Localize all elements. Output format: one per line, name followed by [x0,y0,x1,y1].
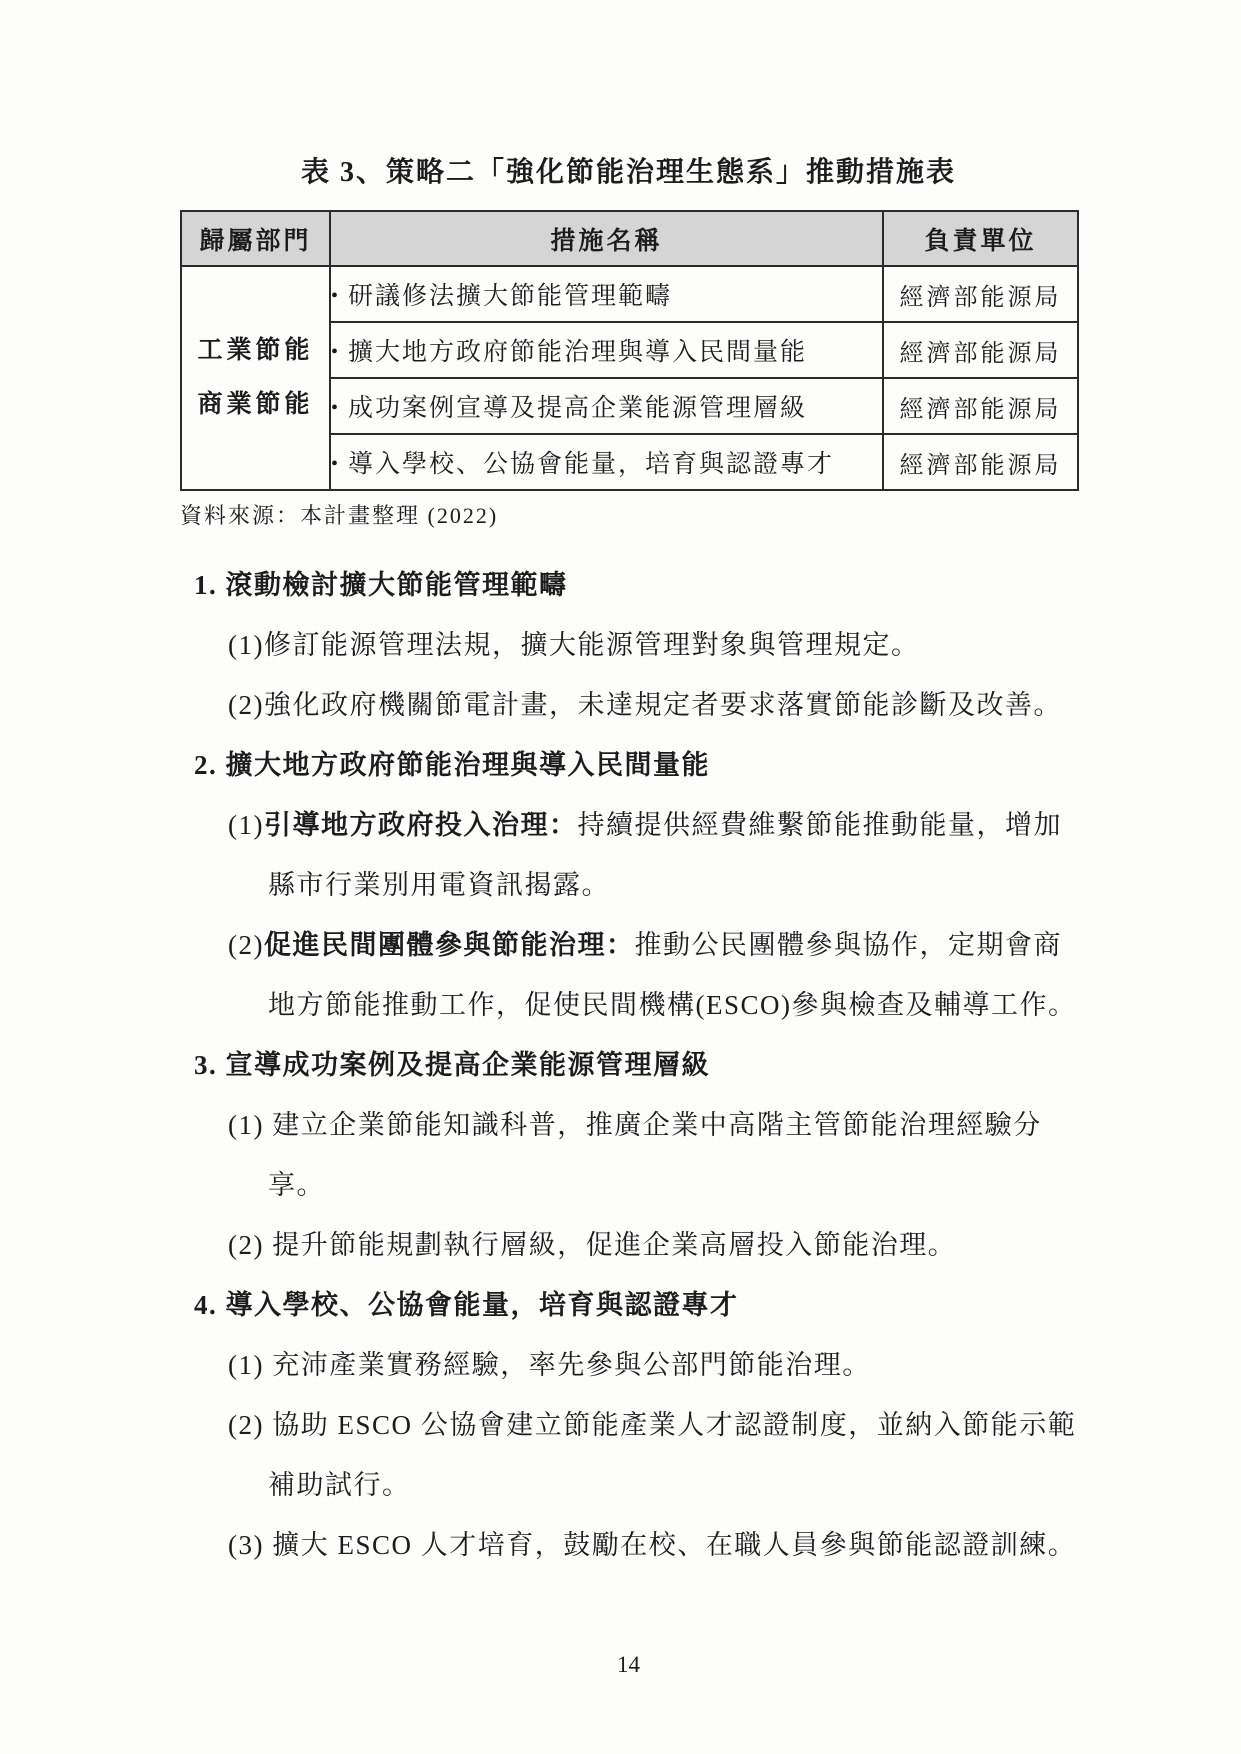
department-cell: 工業節能 商業節能 [181,266,330,490]
bullet-icon: • [331,341,340,364]
table-header-row: 歸屬部門 措施名稱 負責單位 [181,211,1078,266]
measure-text: 研議修法擴大節能管理範疇 [348,283,672,310]
item-marker: (2) [228,690,264,720]
item-text: 充沛產業實務經驗，率先參與公部門節能治理。 [272,1350,871,1380]
list-item: (1) 充沛產業實務經驗，率先參與公部門節能治理。 [180,1335,1077,1395]
item-marker: (1) [228,1350,272,1380]
item-lead: 促進民間團體參與節能治理： [264,930,635,960]
source-note: 資料來源：本計畫整理 (2022) [180,501,1077,531]
section-heading-4: 4. 導入學校、公協會能量，培育與認證專才 [180,1275,1077,1335]
document-page: 表 3、策略二「強化節能治理生態系」推動措施表 歸屬部門 措施名稱 負責單位 工… [180,0,1077,1575]
page-number: 14 [180,1652,1077,1678]
department-line: 工業節能 [182,324,329,378]
item-marker: (1) [228,1110,272,1140]
list-item: (2)促進民間團體參與節能治理：推動公民團體參與協作，定期會商地方節能推動工作，… [180,915,1077,1035]
measure-cell: •研議修法擴大節能管理範疇 [330,266,883,322]
item-marker: (1) [228,810,264,840]
unit-cell: 經濟部能源局 [883,266,1078,322]
item-text: 提升節能規劃執行層級，促進企業高層投入節能治理。 [272,1230,956,1260]
item-text: 修訂能源管理法規，擴大能源管理對象與管理規定。 [264,630,920,660]
header-cell-unit: 負責單位 [883,211,1078,266]
measures-table: 歸屬部門 措施名稱 負責單位 工業節能 商業節能 •研議修法擴大節能管理範疇 經… [180,210,1079,491]
section-heading-2: 2. 擴大地方政府節能治理與導入民間量能 [180,735,1077,795]
list-item: (3) 擴大 ESCO 人才培育，鼓勵在校、在職人員參與節能認證訓練。 [180,1515,1077,1575]
list-item: (1)修訂能源管理法規，擴大能源管理對象與管理規定。 [180,615,1077,675]
item-lead: 引導地方政府投入治理： [264,810,578,840]
measure-text: 擴大地方政府節能治理與導入民間量能 [348,339,807,366]
bullet-icon: • [331,453,340,476]
item-marker: (3) [228,1530,272,1560]
measure-cell: •成功案例宣導及提高企業能源管理層級 [330,378,883,434]
list-item: (1) 建立企業節能知識科普，推廣企業中高階主管節能治理經驗分享。 [180,1095,1077,1215]
item-text: 協助 ESCO 公協會建立節能產業人才認證制度，並納入節能示範補助試行。 [268,1410,1076,1500]
item-marker: (2) [228,1410,272,1440]
item-marker: (2) [228,1230,272,1260]
section-heading-1: 1. 滾動檢討擴大節能管理範疇 [180,555,1077,615]
table-caption: 表 3、策略二「強化節能治理生態系」推動措施表 [180,150,1077,190]
bullet-icon: • [331,285,340,308]
bullet-icon: • [331,397,340,420]
measure-text: 導入學校、公協會能量，培育與認證專才 [348,451,834,478]
list-item: (2) 協助 ESCO 公協會建立節能產業人才認證制度，並納入節能示範補助試行。 [180,1395,1077,1515]
item-marker: (1) [228,630,264,660]
list-item: (2)強化政府機關節電計畫，未達規定者要求落實節能診斷及改善。 [180,675,1077,735]
unit-cell: 經濟部能源局 [883,434,1078,490]
measure-text: 成功案例宣導及提高企業能源管理層級 [348,395,807,422]
header-cell-measure: 措施名稱 [330,211,883,266]
unit-cell: 經濟部能源局 [883,322,1078,378]
item-text: 擴大 ESCO 人才培育，鼓勵在校、在職人員參與節能認證訓練。 [272,1530,1076,1560]
body-text: 1. 滾動檢討擴大節能管理範疇 (1)修訂能源管理法規，擴大能源管理對象與管理規… [180,555,1077,1575]
section-heading-3: 3. 宣導成功案例及提高企業能源管理層級 [180,1035,1077,1095]
item-text: 建立企業節能知識科普，推廣企業中高階主管節能治理經驗分享。 [268,1110,1042,1200]
item-marker: (2) [228,930,264,960]
item-text: 強化政府機關節電計畫，未達規定者要求落實節能診斷及改善。 [264,690,1062,720]
list-item: (2) 提升節能規劃執行層級，促進企業高層投入節能治理。 [180,1215,1077,1275]
department-line: 商業節能 [182,378,329,432]
header-cell-department: 歸屬部門 [181,211,330,266]
table-row: 工業節能 商業節能 •研議修法擴大節能管理範疇 經濟部能源局 [181,266,1078,322]
measure-cell: •擴大地方政府節能治理與導入民間量能 [330,322,883,378]
measure-cell: •導入學校、公協會能量，培育與認證專才 [330,434,883,490]
unit-cell: 經濟部能源局 [883,378,1078,434]
list-item: (1)引導地方政府投入治理：持續提供經費維繫節能推動能量，增加縣市行業別用電資訊… [180,795,1077,915]
